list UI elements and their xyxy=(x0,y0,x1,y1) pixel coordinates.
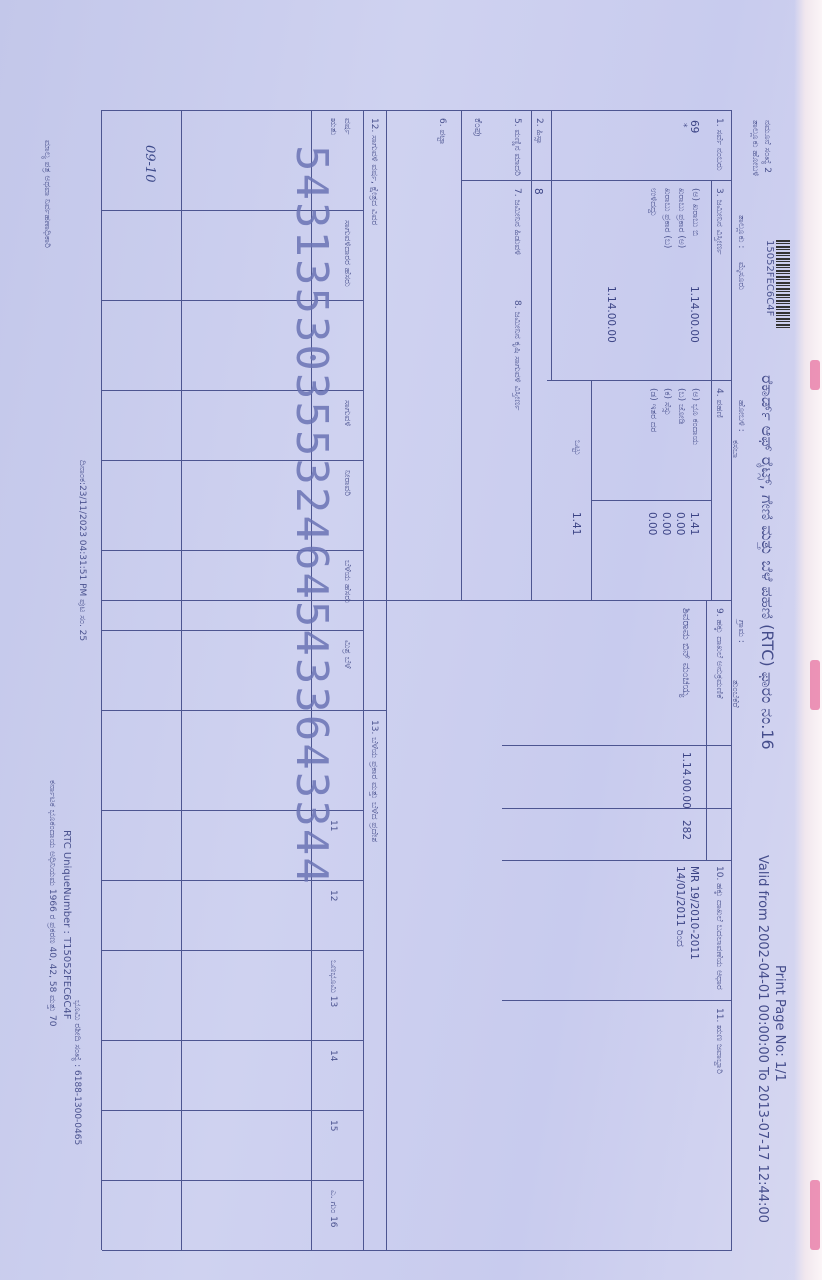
crop-header: ಎ. ಗುಂ 16 xyxy=(328,1190,338,1228)
form-sub: ತಾಲ್ಲೂಕು ಹೋಬಳಿ xyxy=(750,120,760,176)
col6-header: 6. ಪಟ್ಟಾ xyxy=(437,118,447,145)
village-label: ಗ್ರಾಮ : xyxy=(736,620,746,643)
crop-header: ಋತು xyxy=(328,118,338,135)
divider xyxy=(102,950,364,951)
owner-khata: 282 xyxy=(680,820,692,840)
divider xyxy=(386,110,387,1250)
divider xyxy=(531,110,532,600)
stamp-number: 54313530355324645433643344 xyxy=(286,145,337,886)
assessment-label: (ಬ) ಜೋಡಿ xyxy=(676,388,686,424)
soil-type: ಕೆಂಪು xyxy=(471,118,484,136)
frame-left xyxy=(102,110,732,111)
taluk-value: ಮೈಸೂರು xyxy=(736,262,746,290)
divider xyxy=(102,1180,364,1181)
assessment-value: 0.00 xyxy=(646,512,658,535)
divider xyxy=(102,1110,364,1111)
taluk-label: ತಾಲ್ಲೂಕು : xyxy=(736,215,746,248)
col12-header: 12. ಸಾಗುವಳಿ ವರ್ಷ, ಕ್ಷೇತ್ರದ ವಿವರ xyxy=(369,118,379,225)
crop-header: 14 xyxy=(328,1050,338,1061)
col10-header: 10. ಹಕ್ಕು ದಾಖಲೆ ಬದಲಾವಣೆಯ ಆಧಾರ xyxy=(714,866,724,990)
crop-header: ಸಾಗುವಳಿದಾರರ ಹೆಸರು xyxy=(342,220,352,287)
crop-header: ಸಾಗುವಳಿ xyxy=(342,400,352,426)
col13-header: 13. ಬೆಳೆಯ ಪ್ರಕಾರ ಮತ್ತು ಬೆಳೆದ ಪ್ರದೇಶ xyxy=(369,720,379,842)
date-line: ದಿನಾಂಕ:23/11/2023 04:31:51 PM ಪುಟ ಸಂ. 25 xyxy=(77,460,87,641)
land-row-label: (ಅ) ಖರಾಬು ಬಿ xyxy=(690,188,700,236)
receipt-ref: ಭೂಮಿ ರಶೀದಿ ಸಂಖ್ಯೆ : 6188-1300-0465 xyxy=(72,1000,82,1145)
crop-header: ನೀರಾವರಿ xyxy=(342,470,352,496)
frame-bottom xyxy=(101,110,102,1250)
col1-header: 1. ಸರ್ವೆ ನಂಬರು xyxy=(714,118,724,171)
survey-suffix: * xyxy=(678,123,688,128)
assessment-label: (ಕ) ಸೆಸ್ಸು xyxy=(662,388,672,416)
land-row-label: ಖರಾಬು ಪ್ರಕಾರ (ಬ) xyxy=(662,188,672,248)
crop-header: ಒಣಭೂಮಿ 13 xyxy=(328,960,338,1007)
divider xyxy=(502,745,732,746)
divider xyxy=(502,1000,732,1001)
divider xyxy=(591,380,592,600)
divider xyxy=(102,600,732,601)
owner-area: 1.14.00.00 xyxy=(680,752,692,809)
barcode-text: 15052FEC6C4F xyxy=(764,240,775,316)
divider xyxy=(502,860,732,861)
assessment-total: 1.41 xyxy=(570,512,582,535)
col4-header: 4. ಪಹಣಿ xyxy=(714,388,724,418)
act-line: ಕರ್ನಾಟಕ ಭೂಕಂದಾಯ ಅಧಿನಿಯಮ 1966 ರ ಪ್ರಕರಣ 40… xyxy=(47,780,57,1026)
crop-header: ವರ್ಷ xyxy=(342,118,352,135)
divider xyxy=(462,180,732,181)
valid-range: Valid from 2002-04-01 00:00:00 To 2013-0… xyxy=(755,855,770,1223)
divider xyxy=(592,500,712,501)
crop-header: ಮಿಶ್ರ ಬೆಳೆ xyxy=(342,640,352,669)
print-page: Print Page No: 1/1 xyxy=(772,965,787,1082)
rtc-document: 15052FEC6C4F ನಮೂನೆ ಸಂಖ್ಯೆ 2 ತಾಲ್ಲೂಕು ಹೋಬ… xyxy=(0,0,822,1280)
divider xyxy=(363,110,364,1250)
divider xyxy=(181,110,182,1250)
col11-header: 11. ಋಣ ಜವಾಬ್ದಾರಿ xyxy=(714,1008,724,1074)
col9-header: 9. ಹಕ್ಕು ದಾಖಲೆ ಅನುಕ್ರಮಣಿಕೆ xyxy=(714,608,724,698)
hissa-value: 8 xyxy=(532,188,544,195)
area-total: 1.14.00.00 xyxy=(688,286,700,343)
divider xyxy=(706,600,707,860)
mutation-date: 14/01/2011 ರಿಂದ xyxy=(673,866,686,947)
owner-name: ಶಿವರಾಮ ಬಿನ್ ಮಂಚಯ್ಯ xyxy=(679,608,692,697)
divider xyxy=(102,1040,364,1041)
assessment-label: (ಅ) ಭೂ ಕಂದಾಯ xyxy=(690,388,700,445)
barcode xyxy=(776,240,790,330)
divider xyxy=(547,380,732,381)
assessment-value: 0.00 xyxy=(674,512,686,535)
assessment-value: 1.41 xyxy=(688,512,700,535)
divider xyxy=(502,808,732,809)
assessment-total-label: ಒಟ್ಟು xyxy=(572,440,582,455)
divider xyxy=(711,180,712,380)
col2-header: 2. ಹಿಸ್ಸಾ xyxy=(534,118,544,144)
area-remaining: 1.14.00.00 xyxy=(605,286,617,343)
divider xyxy=(711,380,712,600)
hobli-label: ಹೋಬಳಿ : xyxy=(736,400,746,432)
signature-line: ಮಾಲ್ಯ ಪತ್ರ ಅಥವಾ ನಿರ್ವಹಣಾಧಿಕಾರಿ xyxy=(42,140,52,248)
assessment-label: (ಡ) ಇತರ ದರ xyxy=(648,388,658,432)
divider xyxy=(102,710,387,711)
crop-header: 15 xyxy=(328,1120,338,1131)
col3-header: 3. ಜಮೀನಿನ ವಿಸ್ತೀರ್ಣ xyxy=(714,188,724,255)
survey-number: 69 xyxy=(688,120,700,133)
mutation-ref: MR 19/2010-2011 xyxy=(688,866,700,960)
divider xyxy=(461,110,462,600)
handwritten-note: 09-10 xyxy=(142,145,157,182)
crop-header: ಬೆಳೆಯ ಹೆಸರು xyxy=(342,560,352,603)
land-row-label: ಖರಾಬು ಪ್ರಕಾರ (ಅ) xyxy=(676,188,686,248)
col5-header: 5. ಮಣ್ಣಿನ ಮಾದರಿ xyxy=(512,118,522,176)
form-label: ನಮೂನೆ ಸಂಖ್ಯೆ 2 xyxy=(762,120,772,173)
assessment-value: 0.00 xyxy=(660,512,672,535)
rtc-unique-number: RTC UniqueNumber : T15052FEC6C4F xyxy=(61,830,72,1020)
divider xyxy=(551,110,552,380)
col8-header: 8. ಜಮೀನಿನ ಕೃಷಿ ಸಾಗುವಳಿ ವಿಸ್ತೀರ್ಣ xyxy=(512,300,522,410)
document-title: ರೆಕಾರ್ಡ್ ಆಫ್ ರೈಟ್ಸ್, ಗೇಣಿ ಮತ್ತು ಬೆಳೆ ಪಹಣ… xyxy=(757,375,777,750)
frame-top xyxy=(731,110,732,1250)
col7-header: 7. ಜಮೀನಿನ ಹಿಡುವಳಿ xyxy=(512,188,522,255)
frame-right xyxy=(102,1250,732,1251)
land-row-label: ಉಳಿದದ್ದು xyxy=(648,188,658,217)
crop-header: 12 xyxy=(328,890,338,901)
